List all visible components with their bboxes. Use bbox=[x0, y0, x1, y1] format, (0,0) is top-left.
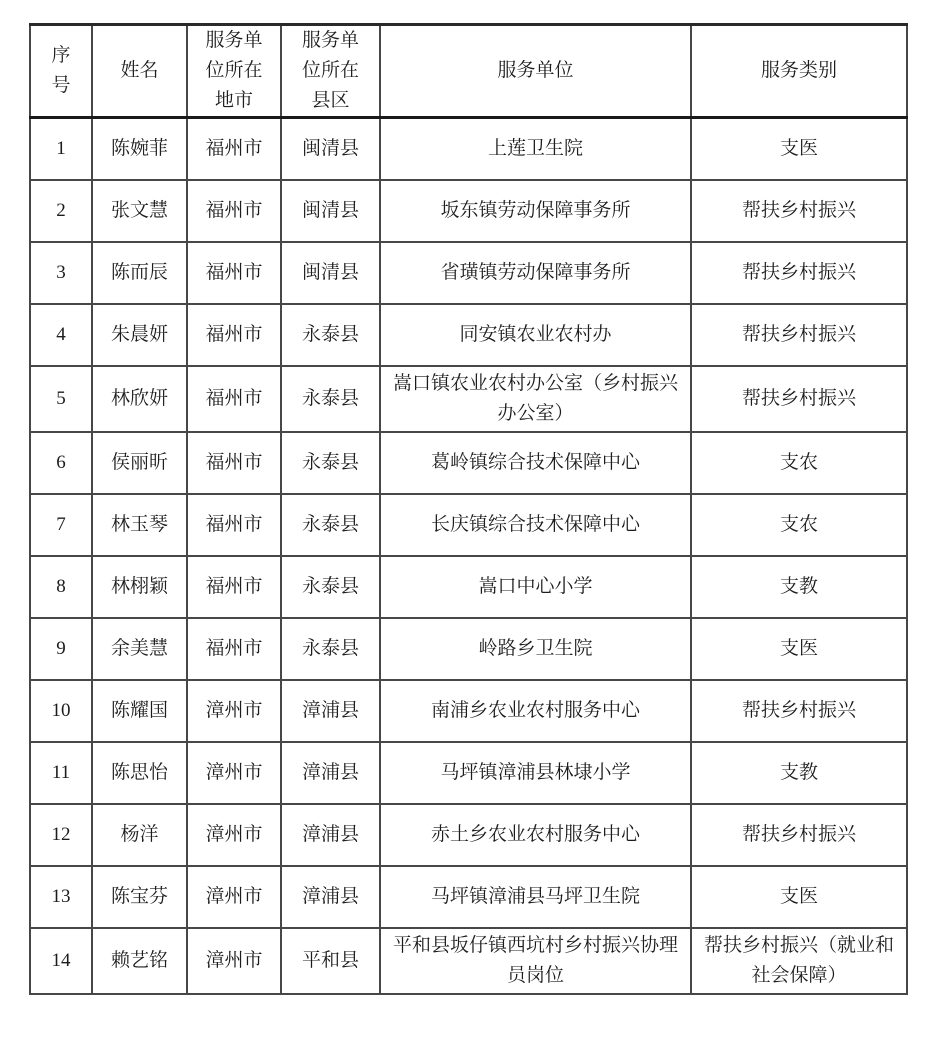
table-cell-name: 林欣妍 bbox=[92, 366, 187, 432]
table-cell-service-unit-city: 福州市 bbox=[187, 366, 281, 432]
table-cell-index: 9 bbox=[30, 618, 92, 680]
table-cell-index: 4 bbox=[30, 304, 92, 366]
table-cell-service-unit-county: 漳浦县 bbox=[281, 742, 380, 804]
table-cell-service-unit: 上莲卫生院 bbox=[380, 118, 691, 180]
table-row: 14赖艺铭漳州市平和县平和县坂仔镇西坑村乡村振兴协理员岗位帮扶乡村振兴（就业和社… bbox=[30, 928, 907, 994]
table-cell-name: 张文慧 bbox=[92, 180, 187, 242]
table-cell-index: 2 bbox=[30, 180, 92, 242]
table-cell-name: 赖艺铭 bbox=[92, 928, 187, 994]
column-header-index: 序号 bbox=[30, 25, 92, 118]
table-row: 2张文慧福州市闽清县坂东镇劳动保障事务所帮扶乡村振兴 bbox=[30, 180, 907, 242]
table-cell-service-unit-county: 平和县 bbox=[281, 928, 380, 994]
table-cell-service-unit-county: 漳浦县 bbox=[281, 866, 380, 928]
table-row: 13陈宝芬漳州市漳浦县马坪镇漳浦县马坪卫生院支医 bbox=[30, 866, 907, 928]
document-page: 序号 姓名 服务单位所在地市 服务单位所在县区 服务单位 服务类别 1陈婉菲福州… bbox=[0, 0, 935, 1055]
table-cell-service-category: 帮扶乡村振兴 bbox=[691, 804, 907, 866]
table-cell-service-unit-county: 闽清县 bbox=[281, 242, 380, 304]
table-cell-service-unit-city: 福州市 bbox=[187, 556, 281, 618]
table-cell-service-unit-city: 福州市 bbox=[187, 180, 281, 242]
table-cell-service-unit-city: 漳州市 bbox=[187, 742, 281, 804]
column-header-service-unit: 服务单位 bbox=[380, 25, 691, 118]
table-cell-service-unit-county: 漳浦县 bbox=[281, 804, 380, 866]
table-cell-name: 余美慧 bbox=[92, 618, 187, 680]
table-cell-service-category: 帮扶乡村振兴 bbox=[691, 680, 907, 742]
table-cell-index: 6 bbox=[30, 432, 92, 494]
table-cell-service-category: 帮扶乡村振兴 bbox=[691, 242, 907, 304]
table-cell-service-unit: 平和县坂仔镇西坑村乡村振兴协理员岗位 bbox=[380, 928, 691, 994]
table-cell-name: 林栩颖 bbox=[92, 556, 187, 618]
table-cell-service-category: 帮扶乡村振兴 bbox=[691, 366, 907, 432]
column-header-service-unit-county: 服务单位所在县区 bbox=[281, 25, 380, 118]
service-assignment-table: 序号 姓名 服务单位所在地市 服务单位所在县区 服务单位 服务类别 1陈婉菲福州… bbox=[29, 23, 908, 995]
table-row: 4朱晨妍福州市永泰县同安镇农业农村办帮扶乡村振兴 bbox=[30, 304, 907, 366]
table-cell-service-unit-county: 永泰县 bbox=[281, 556, 380, 618]
table-cell-service-unit-county: 永泰县 bbox=[281, 366, 380, 432]
table-cell-service-unit: 长庆镇综合技术保障中心 bbox=[380, 494, 691, 556]
table-row: 12杨洋漳州市漳浦县赤土乡农业农村服务中心帮扶乡村振兴 bbox=[30, 804, 907, 866]
table-cell-service-unit-city: 福州市 bbox=[187, 118, 281, 180]
table-body: 1陈婉菲福州市闽清县上莲卫生院支医2张文慧福州市闽清县坂东镇劳动保障事务所帮扶乡… bbox=[30, 118, 907, 994]
table-cell-name: 林玉琴 bbox=[92, 494, 187, 556]
table-cell-name: 陈婉菲 bbox=[92, 118, 187, 180]
table-row: 6侯丽昕福州市永泰县葛岭镇综合技术保障中心支农 bbox=[30, 432, 907, 494]
table-row: 7林玉琴福州市永泰县长庆镇综合技术保障中心支农 bbox=[30, 494, 907, 556]
table-cell-service-unit: 坂东镇劳动保障事务所 bbox=[380, 180, 691, 242]
table-cell-service-unit-county: 永泰县 bbox=[281, 618, 380, 680]
table-row: 10陈耀国漳州市漳浦县南浦乡农业农村服务中心帮扶乡村振兴 bbox=[30, 680, 907, 742]
table-cell-service-category: 支医 bbox=[691, 618, 907, 680]
table-cell-service-unit: 赤土乡农业农村服务中心 bbox=[380, 804, 691, 866]
table-cell-service-unit: 马坪镇漳浦县马坪卫生院 bbox=[380, 866, 691, 928]
table-cell-service-unit-city: 福州市 bbox=[187, 432, 281, 494]
table-cell-index: 10 bbox=[30, 680, 92, 742]
table-cell-service-unit-county: 闽清县 bbox=[281, 180, 380, 242]
table-cell-index: 1 bbox=[30, 118, 92, 180]
table-cell-name: 侯丽昕 bbox=[92, 432, 187, 494]
table-cell-service-unit: 葛岭镇综合技术保障中心 bbox=[380, 432, 691, 494]
table-row: 9余美慧福州市永泰县岭路乡卫生院支医 bbox=[30, 618, 907, 680]
table-cell-service-unit-city: 福州市 bbox=[187, 304, 281, 366]
table-row: 11陈思怡漳州市漳浦县马坪镇漳浦县林埭小学支教 bbox=[30, 742, 907, 804]
table-cell-service-unit: 南浦乡农业农村服务中心 bbox=[380, 680, 691, 742]
table-row: 5林欣妍福州市永泰县嵩口镇农业农村办公室（乡村振兴办公室）帮扶乡村振兴 bbox=[30, 366, 907, 432]
table-row: 8林栩颖福州市永泰县嵩口中心小学支教 bbox=[30, 556, 907, 618]
table-cell-service-unit-county: 永泰县 bbox=[281, 304, 380, 366]
table-cell-service-category: 支教 bbox=[691, 742, 907, 804]
column-header-service-unit-city: 服务单位所在地市 bbox=[187, 25, 281, 118]
table-cell-service-category: 支医 bbox=[691, 866, 907, 928]
table-cell-service-category: 帮扶乡村振兴（就业和社会保障） bbox=[691, 928, 907, 994]
table-cell-service-unit-city: 漳州市 bbox=[187, 680, 281, 742]
table-cell-name: 陈而辰 bbox=[92, 242, 187, 304]
table-cell-index: 8 bbox=[30, 556, 92, 618]
table-cell-service-category: 支农 bbox=[691, 494, 907, 556]
table-cell-index: 5 bbox=[30, 366, 92, 432]
table-cell-service-unit-city: 福州市 bbox=[187, 618, 281, 680]
table-row: 1陈婉菲福州市闽清县上莲卫生院支医 bbox=[30, 118, 907, 180]
table-cell-name: 陈耀国 bbox=[92, 680, 187, 742]
table-cell-service-unit-city: 漳州市 bbox=[187, 804, 281, 866]
table-cell-index: 11 bbox=[30, 742, 92, 804]
table-cell-service-category: 支教 bbox=[691, 556, 907, 618]
table-cell-service-category: 支医 bbox=[691, 118, 907, 180]
table-cell-name: 陈宝芬 bbox=[92, 866, 187, 928]
table-header: 序号 姓名 服务单位所在地市 服务单位所在县区 服务单位 服务类别 bbox=[30, 25, 907, 118]
table-cell-service-unit: 同安镇农业农村办 bbox=[380, 304, 691, 366]
table-cell-service-unit-county: 永泰县 bbox=[281, 432, 380, 494]
table-cell-index: 3 bbox=[30, 242, 92, 304]
table-cell-service-unit-city: 福州市 bbox=[187, 494, 281, 556]
table-cell-service-unit: 嵩口中心小学 bbox=[380, 556, 691, 618]
table-cell-service-category: 帮扶乡村振兴 bbox=[691, 304, 907, 366]
table-cell-service-category: 支农 bbox=[691, 432, 907, 494]
table-cell-service-unit: 嵩口镇农业农村办公室（乡村振兴办公室） bbox=[380, 366, 691, 432]
table-cell-service-unit-city: 漳州市 bbox=[187, 928, 281, 994]
table-cell-name: 杨洋 bbox=[92, 804, 187, 866]
table-cell-service-category: 帮扶乡村振兴 bbox=[691, 180, 907, 242]
table-cell-service-unit-city: 漳州市 bbox=[187, 866, 281, 928]
table-cell-service-unit: 省璜镇劳动保障事务所 bbox=[380, 242, 691, 304]
table-cell-service-unit-county: 永泰县 bbox=[281, 494, 380, 556]
table-cell-name: 朱晨妍 bbox=[92, 304, 187, 366]
table-cell-index: 7 bbox=[30, 494, 92, 556]
column-header-name: 姓名 bbox=[92, 25, 187, 118]
table-cell-index: 14 bbox=[30, 928, 92, 994]
table-cell-service-unit: 马坪镇漳浦县林埭小学 bbox=[380, 742, 691, 804]
table-row: 3陈而辰福州市闽清县省璜镇劳动保障事务所帮扶乡村振兴 bbox=[30, 242, 907, 304]
table-cell-service-unit-county: 闽清县 bbox=[281, 118, 380, 180]
table-cell-index: 13 bbox=[30, 866, 92, 928]
table-cell-service-unit-city: 福州市 bbox=[187, 242, 281, 304]
table-cell-index: 12 bbox=[30, 804, 92, 866]
header-row: 序号 姓名 服务单位所在地市 服务单位所在县区 服务单位 服务类别 bbox=[30, 25, 907, 118]
table-cell-service-unit-county: 漳浦县 bbox=[281, 680, 380, 742]
table-cell-service-unit: 岭路乡卫生院 bbox=[380, 618, 691, 680]
column-header-service-category: 服务类别 bbox=[691, 25, 907, 118]
table-cell-name: 陈思怡 bbox=[92, 742, 187, 804]
